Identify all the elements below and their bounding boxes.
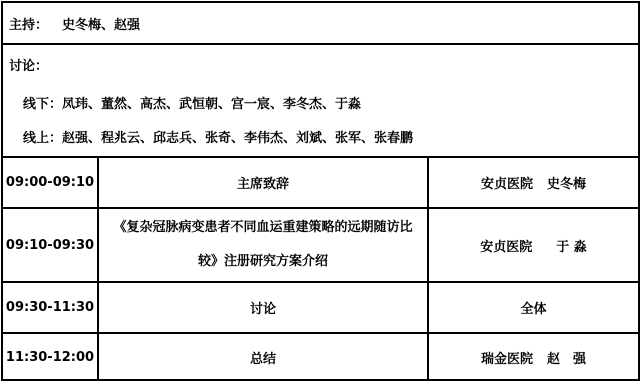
speaker-cell: 瑞金医院赵 强	[429, 334, 638, 381]
topic-cell: 讨论	[99, 283, 429, 332]
topic-cell: 主席致辞	[99, 158, 429, 207]
online-participants: 线上：赵强、程兆云、邱志兵、张奇、李伟杰、刘斌、张军、张春鹏	[23, 127, 413, 146]
speaker-name: 史冬梅	[547, 173, 586, 192]
schedule-row: 09:00-09:10 主席致辞 安贞医院史冬梅	[3, 156, 638, 207]
speaker-cell: 安贞医院史冬梅	[429, 158, 638, 207]
schedule-row: 09:10-09:30 《复杂冠脉病变患者不同血运重建策略的远期随访比 较》注册…	[3, 207, 638, 281]
offline-label: 线下：	[23, 97, 62, 112]
host-row: 主持： 史冬梅、赵强	[3, 3, 638, 43]
speaker-cell: 安贞医院于 淼	[429, 209, 638, 281]
agenda-table: 主持： 史冬梅、赵强 讨论： 线下：凤玮、董然、高杰、武恒朝、宫一宸、李冬杰、于…	[1, 1, 640, 381]
discussion-section: 讨论： 线下：凤玮、董然、高杰、武恒朝、宫一宸、李冬杰、于淼 线上：赵强、程兆云…	[3, 43, 638, 156]
time-cell: 09:10-09:30	[3, 209, 99, 281]
speaker-name: 于 淼	[556, 236, 587, 255]
online-label: 线上：	[23, 131, 62, 146]
offline-names: 凤玮、董然、高杰、武恒朝、宫一宸、李冬杰、于淼	[62, 97, 361, 112]
speaker-org: 安贞医院	[481, 173, 533, 192]
speaker-cell: 全体	[429, 283, 638, 332]
schedule-row: 11:30-12:00 总结 瑞金医院赵 强	[3, 332, 638, 381]
time-cell: 09:00-09:10	[3, 158, 99, 207]
speaker-name: 赵 强	[547, 348, 586, 367]
topic-cell: 总结	[99, 334, 429, 381]
topic-cell: 《复杂冠脉病变患者不同血运重建策略的远期随访比 较》注册研究方案介绍	[99, 209, 429, 281]
schedule-row: 09:30-11:30 讨论 全体	[3, 281, 638, 332]
time-cell: 11:30-12:00	[3, 334, 99, 381]
host-label: 主持：	[9, 14, 48, 33]
time-cell: 09:30-11:30	[3, 283, 99, 332]
speaker-org: 安贞医院	[480, 236, 532, 255]
topic-line-2: 较》注册研究方案介绍	[198, 245, 328, 279]
online-names: 赵强、程兆云、邱志兵、张奇、李伟杰、刘斌、张军、张春鹏	[62, 131, 413, 146]
discussion-label: 讨论：	[9, 55, 48, 74]
topic-line-1: 《复杂冠脉病变患者不同血运重建策略的远期随访比	[113, 211, 412, 245]
host-names: 史冬梅、赵强	[62, 14, 140, 33]
offline-participants: 线下：凤玮、董然、高杰、武恒朝、宫一宸、李冬杰、于淼	[23, 93, 361, 112]
speaker-org: 瑞金医院	[481, 348, 533, 367]
